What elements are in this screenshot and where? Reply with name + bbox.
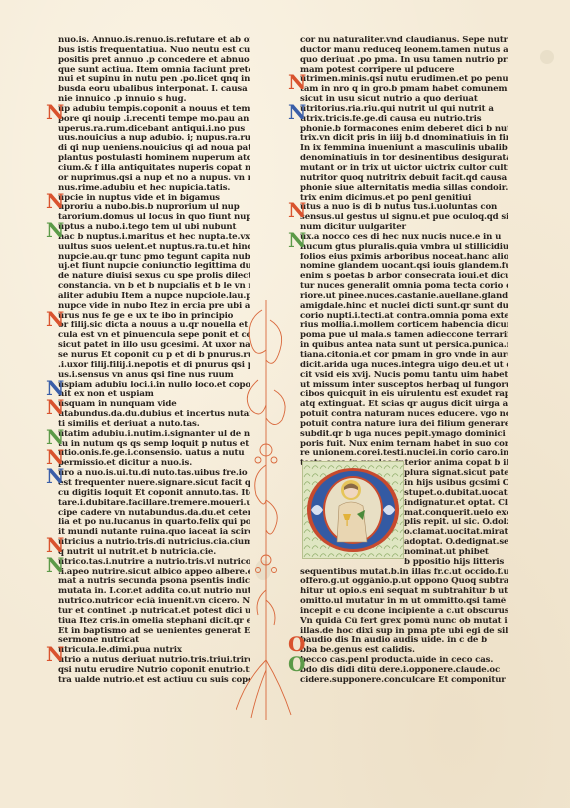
text-line: amigdale.hinc et nuclei dicti sunt.qr su… (300, 302, 508, 312)
text-line: mam potest corripere ul pducere (300, 66, 508, 76)
text-line: hitur ut opio.s eni sequat m subtrahitur… (300, 587, 508, 597)
text-line: it mundi nutante ruina.quo iaceat ia sci… (58, 528, 250, 538)
text-line: num dicitur uulgariter (300, 223, 508, 233)
text-line: tarorium.domus ul locus in quo fiunt nup… (58, 213, 250, 223)
text-line: or filij.sic dicta a nouus a u.qr nouell… (58, 321, 250, 331)
text-line: bus istis frequentatiua. Nuo neutu est c… (58, 46, 250, 56)
text-line: enim s poetas b arbor consecrata ioui.et… (300, 272, 508, 282)
text-line: nucum gtus pluralis.quia vmbra ul stilli… (300, 243, 508, 253)
text-line: cibos quicquit in eis uirulentu est exud… (300, 390, 508, 400)
text-line: utatim adubiu.i.nutim.i.signanter ul de … (58, 430, 250, 440)
text-line: constancia. vn b et b nupcialis et b le … (58, 282, 250, 292)
illuminated-initial-o (302, 461, 404, 559)
text-line: utricula.le.dimi.pua nutrix (58, 646, 250, 656)
text-line: tiua Itez cris.in omelia stephani dicit.… (58, 617, 250, 627)
text-line: tiana.citonia.et cor pmam in gro vnde in… (300, 351, 508, 361)
text-line: nus.rime.adubiu et hec nupicia.tatis. (58, 184, 250, 194)
text-line: upcie in nuptus vide et in bigamus (58, 194, 250, 204)
text-line: urus nus fe ge e ux te ibo in principio (58, 312, 250, 322)
rubricated-initial: N (46, 555, 64, 575)
text-line: plantus postulasti hominem nuperum atq n… (58, 154, 250, 164)
text-line: utrimen.minis.qsi nutu erudimen.et po pe… (300, 75, 508, 85)
text-line: phonie.b formacones enim deberet dici b … (300, 125, 508, 135)
text-line: in quibus antea nata sunt ut persica.pun… (300, 341, 508, 351)
text-line: corio nupti.i.tecti.at contra.omnia poma… (300, 312, 508, 322)
text-line: nupcie.au.qr tunc pmo tegunt capita nube… (58, 253, 250, 263)
text-line: ti similis et deriuat a nuto.tas. (58, 420, 250, 430)
left-text-column: nuo.is. Annuo.is.renuo.is.refutare et ab… (58, 36, 250, 686)
text-line: up adubiu tempis.coponit a nouus et tem (58, 105, 250, 115)
text-line: utrix.tricis.fe.ge.di causa eu nutrio.tr… (300, 115, 508, 125)
text-line: becco cas.penl producta.uide in ceco cas… (300, 656, 508, 666)
rubricated-initial: N (288, 72, 306, 92)
text-line: ut missum inter susceptos herbaq ul fung… (300, 381, 508, 391)
rubricated-initial: N (46, 427, 64, 447)
text-line: potuit contra nature iura dei filium gen… (300, 420, 508, 430)
text-line: busda eoru ubalibus interponat. I. causa… (58, 85, 250, 95)
saint-with-chalice-icon (303, 462, 403, 558)
text-line: .i.uxor filij.filij.i.nepotis et di pnur… (58, 361, 250, 371)
text-line: denominatiuis in tor desinentibus desigu… (300, 154, 508, 164)
text-line: nomine glandem uocant.qsi iouis glandem.… (300, 262, 508, 272)
text-line: pore qi nouip .i.recenti tempe mo.pau an… (58, 115, 250, 125)
right-text-column: cor nu naturaliter.vnd claudianus. Sepe … (300, 36, 508, 686)
text-line: tam in nro q in gro.b pmam habet comunem (300, 85, 508, 95)
text-line: atq extinguat. Et scias qr augus dicit u… (300, 400, 508, 410)
text-line: illas.de hoc dixi sup in pma pte ubi egi… (300, 627, 508, 637)
text-line: uultus suos uelent.et nuptus.ra.tu.et hi… (58, 243, 250, 253)
text-line: quo deriuat .po pma. In usu tamen nutrio… (300, 56, 508, 66)
text-line: incepit e cu dcone incipiente a c.ut obs… (300, 607, 508, 617)
text-line: utritorius.ria.riu.qui nutrit ul qui nut… (300, 105, 508, 115)
text-line: utrico.tas.i.nutrire a nutrio.tris.vl nu… (58, 558, 250, 568)
text-line: de nature diuisi sexus cu spe prolis dil… (58, 272, 250, 282)
text-line: q nutrit ul nutrit.et b nutricia.cie. (58, 548, 250, 558)
rubricated-initial: N (46, 191, 64, 211)
text-line: tur et continet .p nutricat.et potest di… (58, 607, 250, 617)
text-line: tare.i.dubitare.facillare.tremere.moueri… (58, 499, 250, 509)
text-line: tu in nutum qs qs semp loquit p nutus et… (58, 440, 250, 450)
text-line: nutritor quoq nutritrix debuit facit.qd … (300, 174, 508, 184)
text-line: offero.g.ut oggānio.p.ut oppono Quoq sub… (300, 577, 508, 587)
rubricated-initial: N (288, 102, 306, 122)
text-line: sermone nutricat (58, 636, 250, 646)
rubricated-initial: N (46, 102, 64, 122)
text-line: utricius a nutrio.tris.di nutricius.cia.… (58, 538, 250, 548)
text-line: cit vsid eis xvij. Nucis pomu tantu uim … (300, 371, 508, 381)
text-line: nie innuico .p innuio s hug. (58, 95, 250, 105)
text-line: permissio.et dicitur a nuo.is. (58, 459, 250, 469)
rubricated-initial: N (46, 644, 64, 664)
text-line: baudio dis In audio audis uide. in c de … (300, 636, 508, 646)
text-line: poma pue ul mala.s tamen adieccone terra… (300, 331, 508, 341)
text-line: mutant or in trix ut uictor uictrix cult… (300, 164, 508, 174)
text-line: potuit contra naturam nuces educere. vgo… (300, 410, 508, 420)
text-line: que sunt actiua. Item omnia faciunt pret… (58, 66, 250, 76)
text-line: sicut in usu sicut nutrio a quo deriuat (300, 95, 508, 105)
text-line: cu digitis loquit Et coponit annuto.tas.… (58, 489, 250, 499)
text-line: uus.nouicius a nup adubio. i; nupus.ra.r… (58, 134, 250, 144)
rubricated-initial: N (288, 230, 306, 250)
text-line: uproriu a nubo.bis.b nuprorium ul nup (58, 203, 250, 213)
text-line: poris fuit. Nux enim ternam habet in suo… (300, 440, 508, 450)
text-line: us.i.sensus vn anus qsi fine nus ruum (58, 371, 250, 381)
text-line: se nurus Et coponit cu p et di b pnurus.… (58, 351, 250, 361)
text-line: phonie siue alternitatis media sillas co… (300, 184, 508, 194)
text-line: tur nuces generalit omnia poma tecta cor… (300, 282, 508, 292)
text-line: cor nu naturaliter.vnd claudianus. Sepe … (300, 36, 508, 46)
text-line: subdit.qr b uga nuces pepit.ymago domini… (300, 430, 508, 440)
paper-stain (540, 50, 554, 64)
text-line: uptus a nubo.i.tego tem ul ubi nubunt (58, 223, 250, 233)
text-line: aliter adubiu Item a nupce nupciole.lau.… (58, 292, 250, 302)
text-line: nac b nuptus.i.maritus et hec nupta.te.v… (58, 233, 250, 243)
text-line: lia et po nu.lucanus in quarto.felix qui… (58, 518, 250, 528)
rubricated-initial: N (46, 220, 64, 240)
text-line: cium.& f illa antiquitates nuperis copat… (58, 164, 250, 174)
text-line: trix enim dicimus.et po penl genitiui (300, 194, 508, 204)
text-line: mutata in. I.cor.et addita co.ut nutrio … (58, 587, 250, 597)
text-line: tra ualde nutrio.et est actiuu cu suis c… (58, 676, 250, 686)
text-line: sicut patet in illo usu gcesimi. At uxor… (58, 341, 250, 351)
text-line: trix.vn dicit pris in iiij b.d dnominati… (300, 134, 508, 144)
rubricated-initial: N (46, 466, 64, 486)
rubricated-initial: N (46, 397, 64, 417)
text-line: nuo.is. Annuo.is.renuo.is.refutare et ab… (58, 36, 250, 46)
rubricated-initial: N (288, 200, 306, 220)
text-line: positis pret annuo .p concedere et abnuo… (58, 56, 250, 66)
text-line: re unionem.corei.testi.nuclei.in corio c… (300, 449, 508, 459)
text-line: utrio a nutus deriuat nutrio.tris.triui.… (58, 656, 250, 666)
text-line: .i.apeo nutrire.sicut albico appeo alber… (58, 568, 250, 578)
text-line: uj.et fiunt nupcie coniunctio legittima … (58, 262, 250, 272)
text-line: sensus.ul gestus ul signu.et pue oculoq.… (300, 213, 508, 223)
text-line: nupce vide in nubo Itez in ercia pre ubi… (58, 302, 250, 312)
text-line: mat a nutris secunda psona psentis indic… (58, 577, 250, 587)
text-line: uspiam adubiu loci.i.in nullo loco.et co… (58, 381, 250, 391)
manuscript-page: nuo.is. Annuo.is.renuo.is.refutare et ab… (0, 0, 570, 808)
text-line: sequentibus mutat.b.in illas fr.c.ut occ… (300, 568, 508, 578)
rubricated-initial: N (46, 309, 64, 329)
text-line: est frequenter nuere.signare.sicut facit… (58, 479, 250, 489)
text-line: cula est vn et pinuencula sepe ponit et … (58, 331, 250, 341)
text-line: cipe cadere vn nutabundus.da.du.et ceter… (58, 509, 250, 519)
text-line: utus a nuo is di b nutus tus.i.uoluntas … (300, 203, 508, 213)
text-line: utabundus.da.du.dubius et incertus nutan (58, 410, 250, 420)
text-line: folios eius pximis arboribus noceat.hanc… (300, 253, 508, 263)
text-line: ux.a nocco ces di hec nux nucis nuce.e i… (300, 233, 508, 243)
text-line: dicit.arida uga nuces.integra uigo deu.e… (300, 361, 508, 371)
text-line: rius mollia.i.mollem corticem habencia d… (300, 321, 508, 331)
text-line: nui et supinu in nutu pen .po.licet qnq … (58, 75, 250, 85)
text-line: riore.ut pinee.nuces.castanie.auellane.g… (300, 292, 508, 302)
margin-pen-flourish-icon (236, 300, 296, 720)
text-line: nit ex non et uspiam (58, 390, 250, 400)
text-line: or nuprimus.qsi a nup et no a nupus. vn … (58, 174, 250, 184)
text-line: qsi nutu erudire Nutrio coponit enutrio.… (58, 666, 250, 676)
text-line: di qi nup ueniens.nouicius qi ad noua pa… (58, 144, 250, 154)
text-line: Et in baptismo ad se uenientes generat E… (58, 627, 250, 637)
text-line: usquam in nunquam vide (58, 400, 250, 410)
text-line: utio.onis.fe.ge.i.consensio. uatus a nut… (58, 449, 250, 459)
text-line: nutrico.nutricor eciā inuenit.vn cicero.… (58, 597, 250, 607)
text-line: uro a nuo.is.ui.tu.di nuto.tas.uibus fre… (58, 469, 250, 479)
text-line: cidere.supponere.conculcare Et componitu… (300, 676, 508, 686)
text-line: uperus.ra.rum.dicebant antiqui.i.no pus (58, 125, 250, 135)
text-line: In ix femmina inueniunt a masculinis uba… (300, 144, 508, 154)
text-line: omitto.ul mutatur in m ut ommitto.qsi ta… (300, 597, 508, 607)
text-line: ductor manu reduceq leonem.tamen nutus a (300, 46, 508, 56)
text-line: bba be.genus est calidis. (300, 646, 508, 656)
text-line: Vn quidā Cū fert grex pomū nunc ob mutat… (300, 617, 508, 627)
text-line: bdo dis didi ditū dere.i.opponere.claude… (300, 666, 508, 676)
